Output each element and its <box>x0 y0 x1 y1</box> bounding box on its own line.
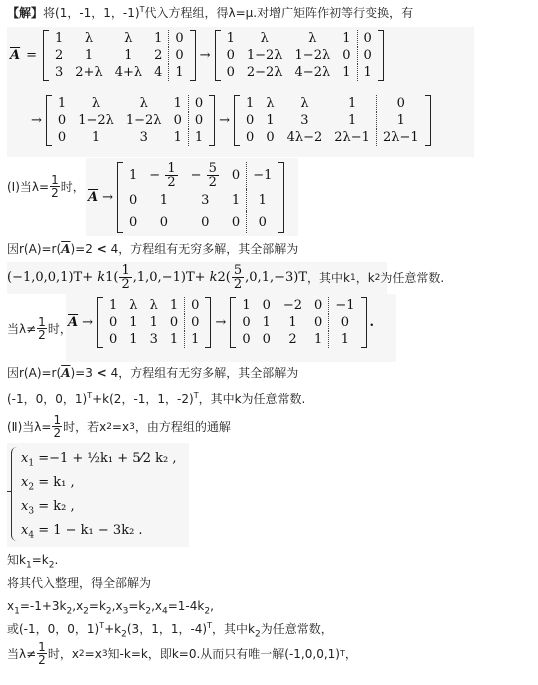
matrix-cell: 1 <box>164 297 185 314</box>
matrix-cell: 0 <box>336 47 357 64</box>
arrow-icon: → <box>31 113 42 128</box>
matrix-cell: 4 <box>148 64 169 81</box>
matrix-cell: λ <box>109 30 148 47</box>
matrix-cell: 0 <box>226 211 247 233</box>
matrix-cell: λ <box>281 95 329 112</box>
matrix-cell: 0 <box>185 314 206 331</box>
matrix-cell: 1 <box>226 189 247 211</box>
matrix-neq-block: A → 1λλ100110001311 → 10−20−10110000211 … <box>66 294 396 362</box>
matrix-cell: 1 <box>169 64 190 81</box>
matrix-cell: 1 <box>240 95 260 112</box>
matrix-cell: λ <box>260 95 280 112</box>
matrix-cell: 1 <box>247 189 279 211</box>
matrix-A-half: 1− 12− 520−10131100000 <box>117 162 284 233</box>
matrix-cell: 1 <box>168 129 189 146</box>
matrix-cell: − 12 <box>143 162 184 189</box>
matrix-cell: 1 <box>336 64 357 81</box>
matrix-cell: 0 <box>357 47 378 64</box>
matrix-cell: 0 <box>236 314 256 331</box>
rank-line-2: 因r(A)=r(A)=3 < 4，方程组有无穷多解，其全部解为 <box>7 365 298 381</box>
matrix-cell: −2 <box>277 297 308 314</box>
matrix-cell: 1 <box>123 331 143 348</box>
rank-line-1: 因r(A)=r(A)=2 < 4，方程组有无穷多解，其全部解为 <box>7 241 298 257</box>
matrix-cell: 3 <box>144 331 164 348</box>
matrix-A3: 1λλ1001311004λ−22λ−12λ−1 <box>234 95 431 146</box>
matrix-cell: 0 <box>164 314 185 331</box>
matrix-cell: 4+λ <box>109 64 148 81</box>
matrix-A0: 1λλ102112032+λ4+λ41 <box>43 30 196 81</box>
matrix-cell: λ <box>241 30 289 47</box>
matrix-cell: 0 <box>308 297 329 314</box>
matrix-cell: 0 <box>257 331 277 348</box>
matrix-cell: 1 <box>236 297 256 314</box>
arrow-icon: → <box>219 113 230 128</box>
matrix-cell: 1−2λ <box>120 112 168 129</box>
system-equation: x1 =−1 + ½k₁ + 5⁄2 k₂ , <box>21 447 191 471</box>
matrix-cell: 1 <box>277 314 308 331</box>
matrix-cell: 1 <box>328 112 376 129</box>
case-neq-line: 当λ≠ 12 时， <box>7 316 72 341</box>
matrix-cell: 0 <box>236 331 256 348</box>
system-equation: x4 = 1 − k₁ − 3k₂ . <box>21 519 191 543</box>
matrix-cell: 0 <box>257 297 277 314</box>
matrix-cell: 0 <box>103 331 123 348</box>
matrix-cell: 1 <box>257 314 277 331</box>
matrix-cell: 1 <box>123 162 143 189</box>
matrix-cell: −1 <box>329 297 361 314</box>
matrix-cell: 0 <box>221 64 241 81</box>
matrix-cell: 0 <box>103 314 123 331</box>
matrix-cell: 1 <box>144 314 164 331</box>
intro-line: 【解】将(1，-1，1，-1)T代入方程组，得λ=μ.对增广矩阵作初等行变换，有 <box>7 5 413 21</box>
matrix-cell: 0 <box>240 129 260 146</box>
matrix-cell: λ <box>123 297 143 314</box>
matrix-half-block: A → 1− 12− 520−10131100000 <box>86 158 298 236</box>
matrix-cell: 1 <box>260 112 280 129</box>
matrix-cell: 1 <box>328 95 376 112</box>
matrix-A2: 1λλ1001−2λ1−2λ0001311 <box>46 95 215 146</box>
k-equal-line: 知k1=k2. <box>7 552 58 568</box>
matrix-cell: λ <box>69 30 108 47</box>
x-values-line: x1=-1+3k2,x2=k2,x3=k2,x4=1-4k2, <box>7 598 214 614</box>
matrix-cell: 0 <box>123 211 143 233</box>
matrix-cell: 2+λ <box>69 64 108 81</box>
solution-1-line: (−1,0,0,1)T + k1 ( 12 ,1,0,−1)T + k2 ( 5… <box>7 264 444 291</box>
arrow-icon: → <box>102 190 113 205</box>
matrix-cell: 1 <box>49 30 69 47</box>
arrow-icon: → <box>200 48 211 63</box>
matrix-cell: 3 <box>185 189 226 211</box>
matrix-A1: 1λλ1001−2λ1−2λ0002−2λ4−2λ11 <box>215 30 384 81</box>
matrix-cell: 0 <box>188 112 209 129</box>
matrix-cell: 1 <box>185 331 206 348</box>
matrix-cell: 0 <box>52 112 72 129</box>
matrix-cell: 2 <box>148 47 169 64</box>
matrix-cell: 2λ−1 <box>376 129 424 146</box>
matrix-cell: λ <box>144 297 164 314</box>
matrix-cell: 2−2λ <box>241 64 289 81</box>
matrix-cell: − 52 <box>185 162 226 189</box>
matrix-cell: 0 <box>52 129 72 146</box>
matrix-cell: 1 <box>109 47 148 64</box>
matrix-cell: 1 <box>164 331 185 348</box>
matrix-cell: 1 <box>69 47 108 64</box>
matrix-cell: 0 <box>169 30 190 47</box>
matrix-cell: 4−2λ <box>289 64 337 81</box>
solution-label: 【解】 <box>7 6 43 20</box>
matrix-cell: 1 <box>336 30 357 47</box>
matrix-cell: 0 <box>123 189 143 211</box>
matrix-cell: 0 <box>185 211 226 233</box>
matrix-cell: 4λ−2 <box>281 129 329 146</box>
matrix-cell: 2λ−1 <box>328 129 376 146</box>
matrix-cell: 0 <box>329 314 361 331</box>
matrix-cell: −1 <box>247 162 279 189</box>
matrix-cell: 0 <box>185 297 206 314</box>
matrix-cell: 1−2λ <box>241 47 289 64</box>
matrix-cell: 1−2λ <box>72 112 120 129</box>
matrix-cell: 1 <box>376 112 424 129</box>
matrix-cell: 3 <box>49 64 69 81</box>
matrix-cell: 0 <box>168 112 189 129</box>
matrix-cell: 1 <box>148 30 169 47</box>
matrix-cell: 3 <box>120 129 168 146</box>
arrow-icon: → <box>215 315 226 330</box>
matrix-cell: λ <box>289 30 337 47</box>
matrix-cell: 0 <box>226 162 247 189</box>
matrix-A-neq-2: 10−20−10110000211 <box>230 297 366 348</box>
matrix-cell: λ <box>72 95 120 112</box>
matrix-cell: 2 <box>49 47 69 64</box>
matrix-reduction-block: A = 1λλ102112032+λ4+λ41 → 1λλ1001−2λ1−2λ… <box>7 27 474 157</box>
matrix-cell: 0 <box>143 211 184 233</box>
matrix-cell: 0 <box>357 30 378 47</box>
matrix-cell: 1 <box>221 30 241 47</box>
matrix-cell: 1 <box>168 95 189 112</box>
last-line: 当λ≠ 12 时，x2=x3知-k=k，即k=0.从而只有唯一解(-1,0,0,… <box>7 641 357 666</box>
equation-system: x1 =−1 + ½k₁ + 5⁄2 k₂ ,x2 = k₁ ,x3 = k₂ … <box>7 443 189 547</box>
matrix-cell: 0 <box>169 47 190 64</box>
system-equation: x2 = k₁ , <box>21 471 191 495</box>
matrix-cell: 1 <box>103 297 123 314</box>
solution-2-line: (-1，0，0，1)T+k(2，-1，1，-2)T，其中k为任意常数. <box>7 391 305 407</box>
matrix-cell: 0 <box>376 95 424 112</box>
matrix-cell: 1 <box>72 129 120 146</box>
matrix-cell: 0 <box>221 47 241 64</box>
case-1-line: (Ⅰ)当λ= 12 时， <box>7 174 85 199</box>
matrix-cell: 1 <box>143 189 184 211</box>
or-solution-line: 或(-1，0，0，1)T+k2(3，1，1，-4)T，其中k2为任意常数， <box>7 621 333 637</box>
matrix-cell: 3 <box>281 112 329 129</box>
matrix-cell: 1 <box>188 129 209 146</box>
matrix-A-neq-1: 1λλ100110001311 <box>97 297 211 348</box>
arrow-icon: → <box>82 315 93 330</box>
matrix-cell: 0 <box>240 112 260 129</box>
system-equation: x3 = k₂ , <box>21 495 191 519</box>
fraction-half: 12 <box>50 174 60 199</box>
case-2-line: (Ⅱ)当λ= 12 时，若x2=x3，由方程组的通解 <box>7 414 231 439</box>
matrix-cell: 0 <box>308 314 329 331</box>
matrix-cell: 0 <box>260 129 280 146</box>
matrix-cell: 1 <box>123 314 143 331</box>
matrix-cell: 0 <box>188 95 209 112</box>
substitute-line: 将其代入整理，得全部解为 <box>7 575 151 591</box>
matrix-cell: λ <box>120 95 168 112</box>
matrix-cell: 1 <box>329 331 361 348</box>
matrix-cell: 1 <box>308 331 329 348</box>
matrix-cell: 1 <box>52 95 72 112</box>
matrix-cell: 2 <box>277 331 308 348</box>
matrix-cell: 1−2λ <box>289 47 337 64</box>
matrix-cell: 1 <box>357 64 378 81</box>
matrix-cell: 0 <box>247 211 279 233</box>
